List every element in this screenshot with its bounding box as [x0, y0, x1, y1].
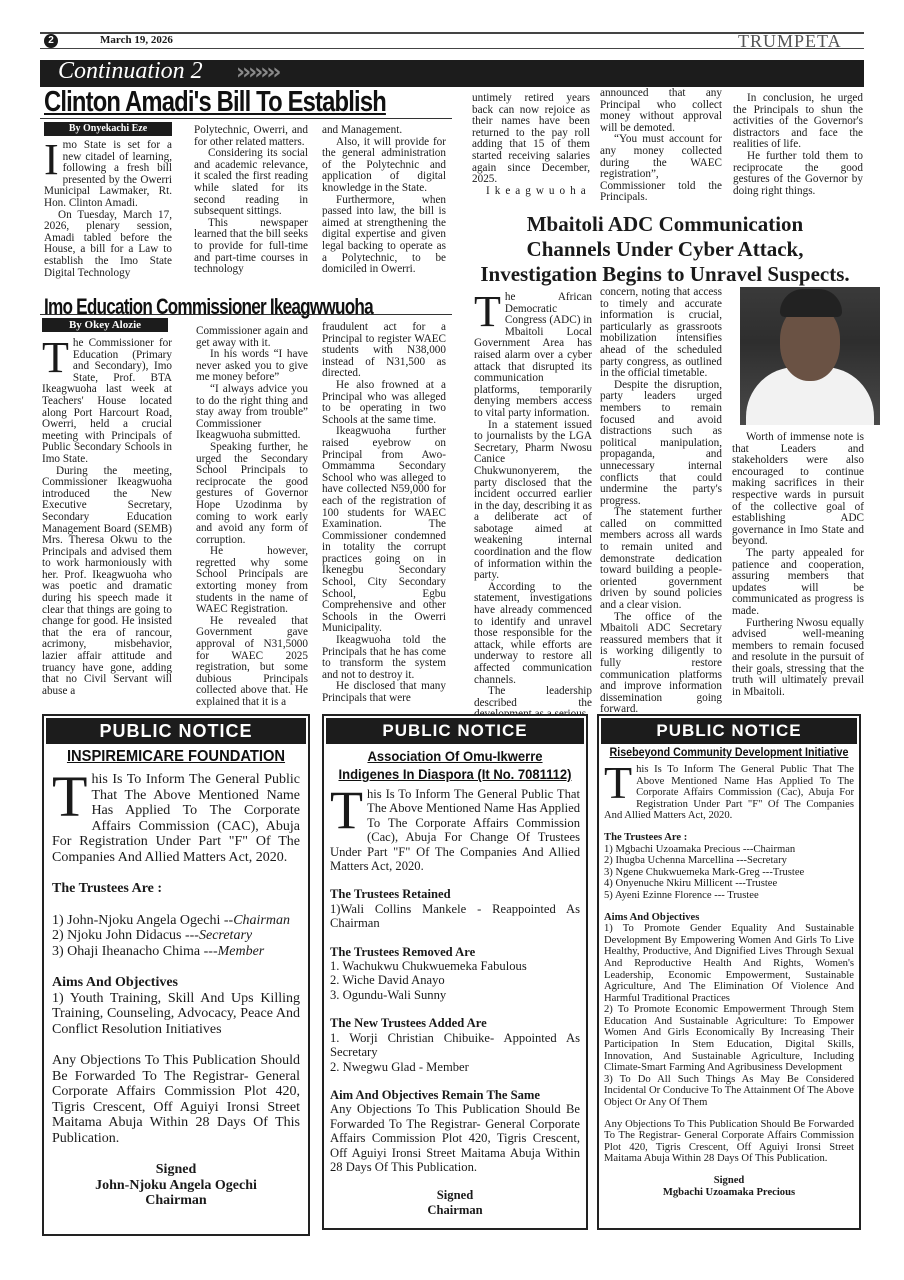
paragraph: Furthering Nwosu equally advised well-me…	[732, 618, 864, 699]
notice-intro: his Is To Inform The General Public That…	[330, 787, 580, 873]
paragraph: The statement further called on committe…	[600, 507, 722, 611]
paragraph: According to the statement, investigatio…	[474, 582, 592, 686]
chevron-arrows-icon: ›››››››	[236, 60, 278, 85]
story1-headline: Clinton Amadi's Bill To Establish	[44, 86, 386, 119]
aim-item: 1) To Promote Gender Equality And Sustai…	[604, 923, 854, 1004]
paragraph: Ikeagwuoha told the Principals that he h…	[322, 635, 446, 681]
signed-label: Signed	[604, 1175, 854, 1187]
story2-cont-column-2: announced that any Principal who collect…	[600, 88, 722, 204]
org-line: Indigenes In Diaspora (It No. 7081112)	[333, 765, 577, 783]
paragraph: In his words “I have never asked you to …	[196, 349, 308, 384]
photo-cap	[780, 289, 842, 317]
paragraph: The office of the Mbaitoli ADC Secretary…	[600, 612, 722, 716]
signer-name: John-Njoku Angela Ogechi	[52, 1178, 300, 1194]
public-notice-inspiremicare: PUBLIC NOTICE INSPIREMICARE FOUNDATION T…	[42, 714, 310, 1236]
trustees-heading: The Trustees Are :	[604, 832, 854, 844]
dropcap: T	[52, 774, 87, 820]
objections-text: Any Objections To This Publication Shoul…	[52, 1053, 300, 1146]
notice-org-name: Association Of Omu-Ikwerre Indigenes In …	[333, 747, 577, 783]
paragraph: fraudulent act for a Principal to regist…	[322, 322, 446, 380]
story3-column-2: concern, noting that access to timely an…	[600, 287, 722, 716]
paragraph: Polytechnic, Owerri, and for other relat…	[194, 125, 308, 148]
trustee-item: 3) Ngene Chukwuemeka Mark-Greg ---Truste…	[604, 867, 854, 879]
story1-byline: By Onyekachi Eze	[44, 122, 172, 136]
notice-org-name: Risebeyond Community Development Initiat…	[608, 747, 850, 759]
signer-name: Mgbachi Uzoamaka Precious	[604, 1187, 854, 1199]
paragraph: Ikeagwuoha further raised eyebrow on Pri…	[322, 426, 446, 635]
aims-heading: Aims And Objectives	[604, 912, 854, 924]
trustee-item: 3) Ohaji Iheanacho Chima ---Member	[52, 944, 300, 960]
paragraph: In a statement issued to journalists by …	[474, 420, 592, 582]
paragraph: and Management.	[322, 125, 446, 137]
story1-column-1: I mo State is set for a new citadel of l…	[44, 140, 172, 279]
story2-rule	[40, 314, 452, 315]
portrait-photo	[740, 287, 880, 425]
paragraph: Commissioner again and get away with it.	[196, 326, 308, 349]
removed-heading: The Trustees Removed Are	[330, 945, 580, 959]
paragraph: During the meeting, Commissioner Ikeagwu…	[42, 466, 172, 698]
paragraph: He also frowned at a Principal who was a…	[322, 380, 446, 426]
paragraph: He disclosed that many Principals that w…	[322, 681, 446, 704]
story1-column-2: Polytechnic, Owerri, and for other relat…	[194, 125, 308, 276]
objections-text: Any Objections To This Publication Shoul…	[604, 1119, 854, 1165]
headline-line: Investigation Begins to Unravel Suspects…	[440, 262, 890, 287]
headline-line: Channels Under Cyber Attack,	[440, 237, 890, 262]
paragraph: “You must account for any money collecte…	[600, 134, 722, 204]
trustee-item: 2) Njoku John Didacus ---Secretary	[52, 928, 300, 944]
story2-cont-column-1: untimely retired years back can now rejo…	[472, 93, 590, 197]
paragraph: untimely retired years back can now rejo…	[472, 93, 590, 186]
paragraph: Considering its social and academic rele…	[194, 148, 308, 218]
retained-heading: The Trustees Retained	[330, 887, 580, 901]
story3-column-1: T he African Democratic Congress (ADC) i…	[474, 292, 592, 721]
story2-byline: By Okey Alozie	[42, 318, 168, 332]
trustee-item: 5) Ayeni Ezinne Florence --- Trustee	[604, 890, 854, 902]
trustee-item: 2) Ihugba Uchenna Marcellina ---Secretar…	[604, 855, 854, 867]
story1-column-3: and Management. Also, it will provide fo…	[322, 125, 446, 276]
continuation-label: Continuation 2	[58, 58, 203, 85]
story2-cont-column-3: In conclusion, he urged the Principals t…	[733, 93, 863, 197]
notice-body: T his Is To Inform The General Public Th…	[44, 772, 308, 1209]
retained-item: 1)Wali Collins Mankele - Reappointed As …	[330, 902, 580, 931]
notice-intro: his Is To Inform The General Public That…	[52, 772, 300, 865]
removed-item: 3. Ogundu-Wali Sunny	[330, 988, 580, 1002]
dropcap: T	[474, 294, 501, 330]
paragraph: Speaking further, he urged the Secondary…	[196, 442, 308, 546]
trustees-heading: The Trustees Are :	[52, 881, 300, 897]
issue-date: March 19, 2026	[100, 34, 173, 46]
signed-label: Signed	[330, 1188, 580, 1202]
signer-role: Chairman	[330, 1203, 580, 1217]
header-rule-bottom	[40, 48, 864, 49]
aim-item: 3) To Do All Such Things As May Be Consi…	[604, 1074, 854, 1109]
headline-line: Mbaitoli ADC Communication	[440, 212, 890, 237]
story2-column-2: Commissioner again and get away with it.…	[196, 326, 308, 709]
trustee-item: 1) Mgbachi Uzoamaka Precious ---Chairman	[604, 844, 854, 856]
paragraph: Ikeagwuoha	[472, 186, 590, 198]
paragraph: mo State is set for a new citadel of lea…	[44, 140, 172, 210]
aim-item: 1) Youth Training, Skill And Ups Killing…	[52, 991, 300, 1038]
removed-item: 2. Wiche David Anayo	[330, 973, 580, 987]
paragraph: Furthermore, when passed into law, the b…	[322, 195, 446, 276]
paragraph: The party appealed for patience and coop…	[732, 548, 864, 618]
dropcap: I	[44, 142, 59, 178]
public-notice-risebeyond: PUBLIC NOTICE Risebeyond Community Devel…	[597, 714, 861, 1230]
paragraph: This newspaper learned that the bill see…	[194, 218, 308, 276]
dropcap: T	[42, 340, 69, 376]
page-number-badge: 2	[44, 34, 58, 48]
story2-column-3: fraudulent act for a Principal to regist…	[322, 322, 446, 705]
paragraph: He however, regretted why some School Pr…	[196, 546, 308, 616]
objections-text: Any Objections To This Publication Shoul…	[330, 1102, 580, 1174]
paragraph: Worth of immense note is that Leaders an…	[732, 432, 864, 548]
notice-org-name: INSPIREMICARE FOUNDATION	[55, 748, 298, 766]
notice-header: PUBLIC NOTICE	[326, 718, 584, 744]
trustee-item: 4) Onyenuche Nkiru Millicent ---Trustee	[604, 878, 854, 890]
paragraph: “I always advice you to do the right thi…	[196, 384, 308, 442]
org-line: Association Of Omu-Ikwerre	[333, 747, 577, 765]
paragraph: announced that any Principal who collect…	[600, 88, 722, 134]
story2-headline: Imo Education Commissioner Ikeagwwuoha	[44, 294, 373, 320]
removed-item: 1. Wachukwu Chukwuemeka Fabulous	[330, 959, 580, 973]
signer-role: Chairman	[52, 1193, 300, 1209]
paragraph: He further told them to reciprocate the …	[733, 151, 863, 197]
story3-headline: Mbaitoli ADC Communication Channels Unde…	[440, 212, 890, 287]
notice-body: T his Is To Inform The General Public Th…	[599, 764, 859, 1198]
aims-heading: Aim And Objectives Remain The Same	[330, 1088, 580, 1102]
aim-item: 2) To Promote Economic Empowerment Throu…	[604, 1004, 854, 1074]
paragraph: He revealed that Government gave approva…	[196, 616, 308, 709]
notice-header: PUBLIC NOTICE	[46, 718, 306, 744]
added-item: 1. Worji Christian Chibuike- Appointed A…	[330, 1031, 580, 1060]
notice-body: T his Is To Inform The General Public Th…	[324, 787, 586, 1217]
trustee-item: 1) John-Njoku Angela Ogechi --Chairman	[52, 913, 300, 929]
aims-heading: Aims And Objectives	[52, 975, 300, 991]
paragraph: In conclusion, he urged the Principals t…	[733, 93, 863, 151]
added-item: 2. Nwegwu Glad - Member	[330, 1060, 580, 1074]
story3-column-3: Worth of immense note is that Leaders an…	[732, 432, 864, 699]
paragraph: On Tuesday, March 17, 2026, plenary sess…	[44, 210, 172, 280]
dropcap: T	[604, 766, 632, 800]
story2-column-1: T he Commissioner for Education (Primary…	[42, 338, 172, 697]
notice-intro: his Is To Inform The General Public That…	[604, 764, 854, 821]
paragraph: Despite the disruption, party leaders ur…	[600, 380, 722, 508]
story1-rule	[40, 118, 452, 119]
public-notice-omu-ikwerre: PUBLIC NOTICE Association Of Omu-Ikwerre…	[322, 714, 588, 1230]
notice-header: PUBLIC NOTICE	[601, 718, 857, 744]
dropcap: T	[330, 789, 363, 831]
paragraph: Also, it will provide for the general ad…	[322, 137, 446, 195]
added-heading: The New Trustees Added Are	[330, 1016, 580, 1030]
paragraph: concern, noting that access to timely an…	[600, 287, 722, 380]
signed-label: Signed	[52, 1162, 300, 1178]
